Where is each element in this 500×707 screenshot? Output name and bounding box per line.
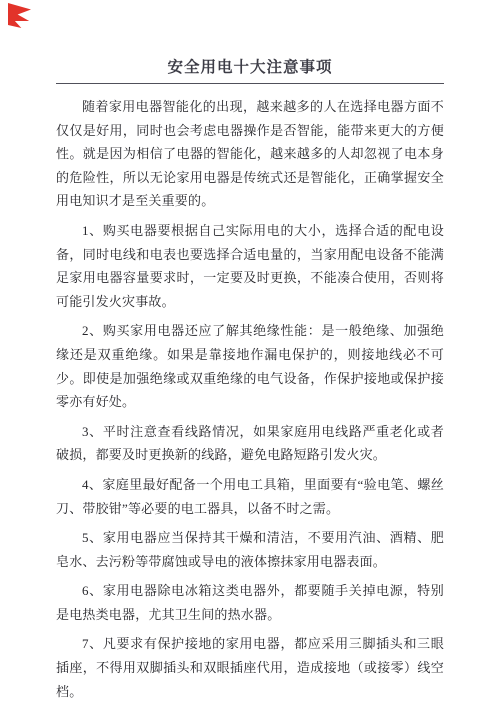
paragraph-intro: 随着家用电器智能化的出现，越来越多的人在选择电器方面不仅仅是好用，同时也会考虑电… bbox=[56, 95, 444, 213]
page-title: 安全用电十大注意事项 bbox=[56, 0, 444, 78]
paragraph-item-4: 4、家庭里最好配备一个用电工具箱，里面要有“验电笔、螺丝刀、带胶钳”等必要的电工… bbox=[56, 473, 444, 520]
paragraph-item-6: 6、家用电器除电冰箱这类电器外，都要随手关掉电源，特别是电热类电器，尤其卫生间的… bbox=[56, 579, 444, 626]
paragraph-item-5: 5、家用电器应当保持其干燥和清洁，不要用汽油、酒精、肥皂水、去污粉等带腐蚀或导电… bbox=[56, 526, 444, 573]
paragraph-item-7: 7、凡要求有保护接地的家用电器，都应采用三脚插头和三眼插座，不得用双脚插头和双眼… bbox=[56, 632, 444, 703]
paragraph-item-3: 3、平时注意查看线路情况，如果家庭用电线路严重老化或者破损，都要及时更换新的线路… bbox=[56, 420, 444, 467]
red-corner-mark bbox=[8, 3, 31, 28]
document-body: 随着家用电器智能化的出现，越来越多的人在选择电器方面不仅仅是好用，同时也会考虑电… bbox=[56, 84, 444, 703]
paragraph-item-1: 1、购买电器要根据自己实际用电的大小，选择合适的配电设备，同时电线和电表也要选择… bbox=[56, 219, 444, 313]
document-content: 安全用电十大注意事项 随着家用电器智能化的出现，越来越多的人在选择电器方面不仅仅… bbox=[56, 0, 444, 707]
paragraph-item-2: 2、购买家用电器还应了解其绝缘性能：是一般绝缘、加强绝缘还是双重绝缘。如果是靠接… bbox=[56, 319, 444, 413]
document-page: 安全用电十大注意事项 随着家用电器智能化的出现，越来越多的人在选择电器方面不仅仅… bbox=[0, 0, 500, 707]
